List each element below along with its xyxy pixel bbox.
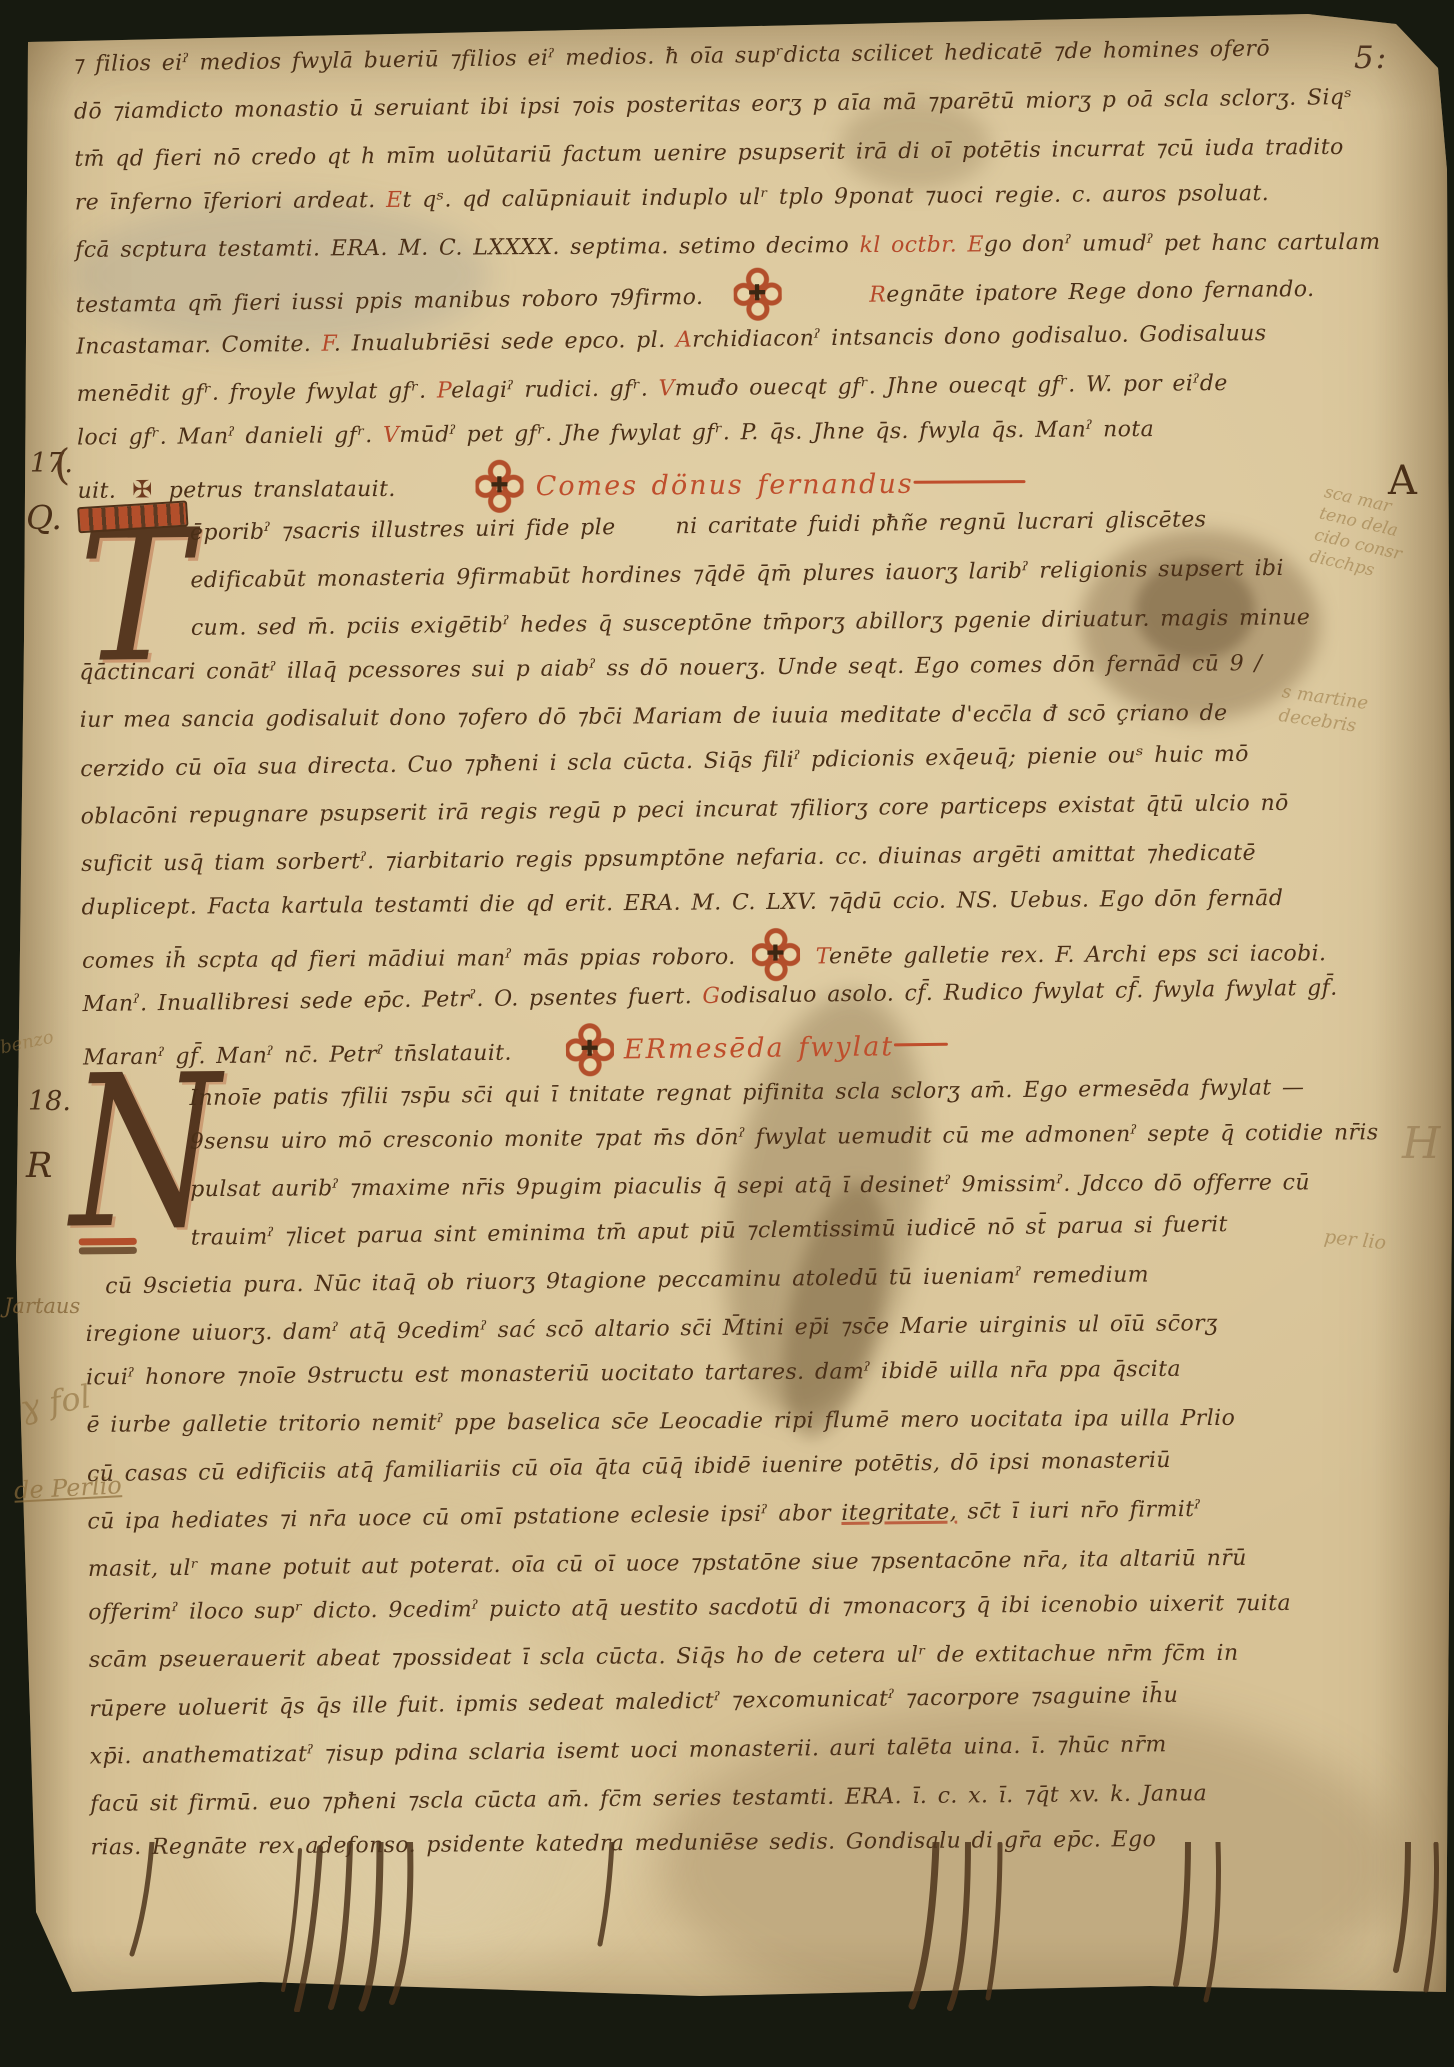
paraph-mark: ( xyxy=(54,440,70,489)
spacer xyxy=(116,497,132,498)
line-text: t qˢ. qd calūpniauit induplo ulʳ tplo 9p… xyxy=(402,181,1269,213)
line-text: suficit usq̄ tiam sorbertˀ. ⁊iarbitario … xyxy=(81,841,1256,877)
spacer xyxy=(616,532,676,534)
line-text: cū 9scietia pura. Nūc itaq̄ ob riuorʒ 9t… xyxy=(105,1262,1149,1299)
line-text: F xyxy=(321,332,334,357)
line-text: dō ⁊iamdicto monastio ū seruiant ibi ips… xyxy=(74,85,1353,125)
line-text: Manˀ. Inuallibresi sede ep̄c. Petrˀ. O. … xyxy=(82,984,702,1017)
spacer xyxy=(783,301,869,303)
line-text: duplicept. Facta kartula testamti die qd… xyxy=(81,886,1283,920)
line-text: offerimˀ iloco supʳ dicto. 9cedimˀ puict… xyxy=(88,1591,1291,1625)
manuscript-line: 9sensu uiro mō cresconio monite ⁊pat m̄s… xyxy=(84,1109,1414,1166)
line-text: masit, ulʳ mane potuit aut poterat. oīa … xyxy=(88,1546,1247,1582)
manuscript-line: loci gfʳ. Manˀ danieli gfʳ. Vmūdˀ pet gf… xyxy=(77,404,1407,461)
margin-letter-q: Q. xyxy=(26,498,62,537)
text-column: T N ⁊ filios eiˀ medios fwylā bueriū ⁊fi… xyxy=(73,28,1421,1874)
line-text: re īnferno īferiori ardeat. xyxy=(75,188,386,215)
line-text: uit. xyxy=(77,479,116,504)
line-text: sc̄t ī iuri nr̄o firmitˀ xyxy=(957,1497,1201,1525)
line-text: testamta qm̄ fieri iussi ppis manibus ro… xyxy=(76,285,704,318)
spacer xyxy=(512,1058,564,1060)
line-text: ni caritate fuidi pħñe regnū lucrari gli… xyxy=(675,507,1206,539)
line-text: ēporibˀ ⁊sacris illustres uiri fide ple xyxy=(190,515,616,546)
spacer xyxy=(526,494,536,495)
line-text: edificabūt monasteria 9firmabūt hordines… xyxy=(190,556,1284,593)
line-text: trauimˀ ⁊licet parua sint eminima tm̄ ap… xyxy=(191,1212,1228,1251)
manuscript-line: q̄āctincari conātˀ illaq̄ pcessores sui … xyxy=(79,639,1409,696)
line-text: rchidiaconˀ intsancis dono godisaluo. Go… xyxy=(692,321,1267,353)
line-text: V xyxy=(658,376,675,401)
line-text: V xyxy=(383,423,399,448)
manuscript-line: offerimˀ iloco supʳ dicto. 9cedimˀ puict… xyxy=(88,1579,1418,1636)
manuscript-photo: 5: 17. Q. 18. R A ( sca mar teno dela ci… xyxy=(0,0,1454,2067)
line-text: xp̄i. anathematizatˀ ⁊isup pdina sclaria… xyxy=(90,1732,1167,1769)
manuscript-line: icuiˀ honore ⁊noīe 9structu est monaster… xyxy=(86,1344,1416,1401)
line-text: Incastamar. Comite. xyxy=(76,332,322,360)
rubric-text: ERmesēda fwylat xyxy=(624,1031,895,1065)
cross-glyph: ✠ xyxy=(132,475,153,503)
line-text: Innoīe patis ⁊filii ⁊sp̄u sc̄i qui ī tni… xyxy=(189,1075,1304,1111)
spacer xyxy=(703,303,731,304)
line-text: rias. Regnāte rex adefonso. psidente kat… xyxy=(90,1827,1156,1860)
line-text xyxy=(957,232,968,257)
quatrefoil-cross-icon xyxy=(566,1023,615,1078)
margin-note-jartaus: Jartaus xyxy=(4,1296,80,1317)
line-text: facū sit firmū. euo ⁊pħeni ⁊scla cūcta a… xyxy=(90,1781,1207,1817)
line-text: icuiˀ honore ⁊noīe 9structu est monaster… xyxy=(86,1357,1181,1391)
line-text: loci gfʳ. Manˀ danieli gfʳ. xyxy=(77,423,383,450)
rubric-text: Comes dönus fernandus xyxy=(536,469,914,502)
line-text: Maranˀ gf̄. Manˀ nc̄. Petrˀ tn̄slatauit. xyxy=(83,1041,512,1071)
line-text: egnāte ipatore Rege dono fernando. xyxy=(886,277,1314,308)
line-text: oblacōni repugnare psupserit irā regis r… xyxy=(81,791,1289,830)
spacer xyxy=(616,1057,624,1058)
line-text: itegritate, xyxy=(841,1500,957,1526)
rubric-line xyxy=(914,480,1026,484)
manuscript-line: re īnferno īferiori ardeat. Et qˢ. qd ca… xyxy=(75,169,1405,226)
line-text: menēdit gfʳ. froyle fwylat gfʳ. xyxy=(77,379,438,407)
line-text: muđo ouecqt gfʳ. Jhne ouecqt gfʳ. W. por… xyxy=(675,371,1228,401)
spacer xyxy=(736,963,750,964)
line-text: E xyxy=(386,188,403,213)
line-text: E xyxy=(967,232,984,257)
quatrefoil-cross-icon xyxy=(733,267,782,322)
line-text: elagiˀ rudici. gfʳ. xyxy=(451,376,659,403)
line-text: mūdˀ pet gfʳ. Jhe fwylat gfʳ. P. q̄s. Jh… xyxy=(399,417,1154,448)
line-text: go donˀ umudˀ pet hanc cartulam xyxy=(984,230,1381,257)
line-text: pulsat auribˀ ⁊maxime nr̄is 9pugim piacu… xyxy=(190,1170,1310,1202)
line-text: iregione uiuorʒ. damˀ atq̄ 9cedimˀ sać s… xyxy=(86,1311,1218,1347)
line-text: cū ipa hediates ⁊i nr̄a uoce cū omī psta… xyxy=(87,1501,841,1535)
spacer xyxy=(396,494,474,495)
line-text: . Inualubriēsi sede epco. pl. xyxy=(334,328,676,357)
spacer xyxy=(802,962,816,963)
margin-number-18: 18. xyxy=(28,1086,71,1117)
line-text: 9sensu uiro mō cresconio monite ⁊pat m̄s… xyxy=(190,1120,1379,1154)
manuscript-line: duplicept. Facta kartula testamti die qd… xyxy=(81,874,1411,931)
rubric-line xyxy=(894,1043,948,1047)
line-text: tm̄ qd fieri nō credo qt h mīm uolūtariū… xyxy=(74,135,1344,172)
line-text: cū casas cū edificiis atq̄ familiariis c… xyxy=(87,1448,1171,1487)
line-text: R xyxy=(869,283,886,308)
line-text: cerzido cū oīa sua directa. Cuo ⁊pħeni i… xyxy=(80,742,1249,782)
line-text: T xyxy=(816,944,830,969)
line-text: odisaluo asolo. cf̄. Rudico fwylat cf̄. … xyxy=(720,976,1337,1009)
line-text: P xyxy=(437,378,451,403)
line-text: ē iurbe galletie tritorio nemitˀ ppe bas… xyxy=(86,1406,1235,1438)
line-text: q̄āctincari conātˀ illaq̄ pcessores sui … xyxy=(79,651,1262,685)
line-text: petrus translatauit. xyxy=(169,477,396,503)
margin-letter-r: R xyxy=(26,1146,52,1186)
line-text: A xyxy=(676,328,693,353)
line-text: ⁊ filios eiˀ medios fwylā bueriū ⁊filios… xyxy=(73,36,1270,77)
line-text: G xyxy=(702,984,720,1009)
line-text: iur mea sancia godisaluit dono ⁊ofero dō… xyxy=(80,701,1228,733)
line-text: comes ih̄ scpta qd fieri mādiui manˀ mās… xyxy=(82,945,736,974)
spacer xyxy=(153,496,169,497)
line-text: scām pseuerauerit abeat ⁊possideat ī scl… xyxy=(89,1641,1239,1673)
line-text: cum. sed m̄. pciis exigētibˀ hedes q̄ su… xyxy=(191,605,1311,641)
line-text: rūpere uoluerit q̄s q̄s ille fuit. ipmis… xyxy=(89,1683,1178,1722)
line-text: fcā scptura testamti. ERA. M. C. LXXXX. … xyxy=(75,233,859,263)
line-text: kl octbr. xyxy=(859,233,957,259)
